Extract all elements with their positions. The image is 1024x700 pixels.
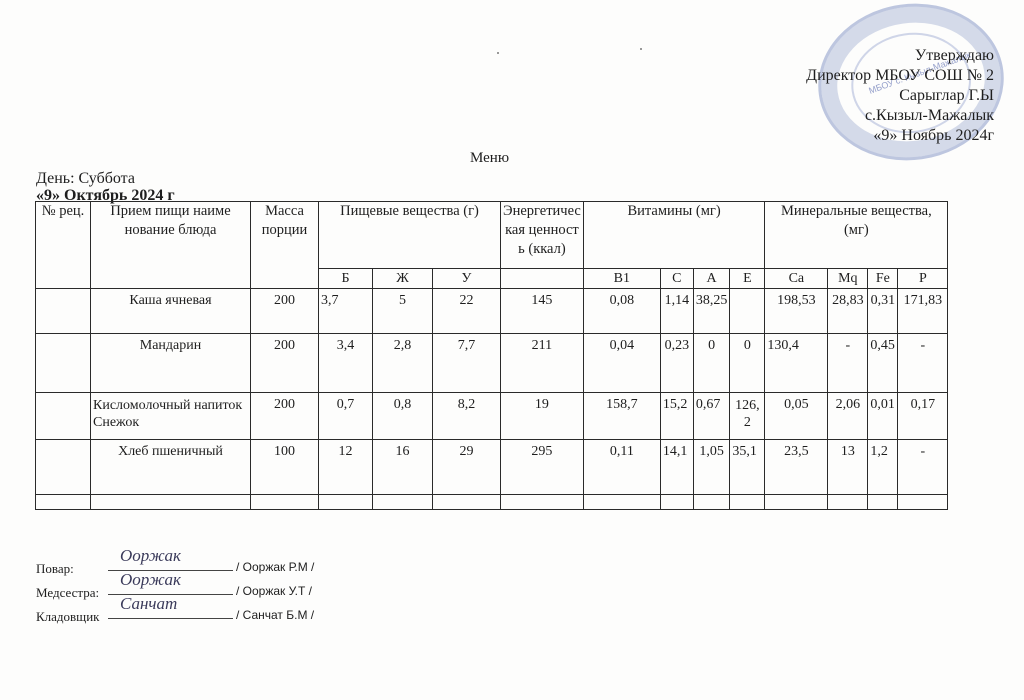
- table-row: Каша ячневая 200 3,7 5 22 145 0,08 1,14 …: [36, 289, 948, 334]
- cell-dish: Мандарин: [91, 334, 251, 393]
- cell-fe: 1,2: [868, 440, 898, 495]
- table-row: Кисломолочный напиток Снежок 200 0,7 0,8…: [36, 393, 948, 440]
- cell-p: 171,83: [898, 289, 948, 334]
- cell-c: 1,14: [660, 289, 693, 334]
- cell-mass: 200: [251, 289, 319, 334]
- cell-fe: 0,01: [868, 393, 898, 440]
- cell-mass: 200: [251, 334, 319, 393]
- header-recipe-no: № рец.: [36, 202, 91, 289]
- header-nutrients: Пищевые вещества (г): [319, 202, 501, 269]
- cell-e: 0: [730, 334, 765, 393]
- cell-energy: 19: [501, 393, 584, 440]
- cell-carbs: 22: [433, 289, 501, 334]
- cell-mass: 200: [251, 393, 319, 440]
- signature-name-cook: / Ооржак Р.М /: [236, 560, 314, 574]
- cell-a: 0: [693, 334, 730, 393]
- subheader-fe: Fe: [868, 269, 898, 289]
- cell-fe: 0,31: [868, 289, 898, 334]
- cell-e: 126,2: [730, 393, 765, 440]
- cell-b1: 0,11: [583, 440, 660, 495]
- cell-fat: 0,8: [373, 393, 433, 440]
- cell-mg: -: [828, 334, 868, 393]
- cell-recipe: [36, 393, 91, 440]
- cell-ca: 130,4: [765, 334, 828, 393]
- subheader-fat: Ж: [373, 269, 433, 289]
- signature-role-nurse: Медсестра:: [36, 585, 99, 601]
- cell-fat: 2,8: [373, 334, 433, 393]
- cell-b1: 0,08: [583, 289, 660, 334]
- cell-a: 1,05: [693, 440, 730, 495]
- cell-energy: 295: [501, 440, 584, 495]
- approval-line-village: с.Кызыл-Мажалык: [806, 106, 994, 126]
- cell-energy: 145: [501, 289, 584, 334]
- day-label: День: Суббота: [36, 170, 135, 188]
- cell-recipe: [36, 334, 91, 393]
- cell-dish: Хлеб пшеничный: [91, 440, 251, 495]
- subheader-protein: Б: [319, 269, 373, 289]
- menu-table: № рец. Прием пищи наиме нование блюда Ма…: [35, 201, 948, 510]
- approval-line-approve: Утверждаю: [806, 46, 994, 66]
- cell-recipe: [36, 289, 91, 334]
- cell-mass: 100: [251, 440, 319, 495]
- subheader-mg: Mq: [828, 269, 868, 289]
- cell-dish: Каша ячневая: [91, 289, 251, 334]
- approval-line-name: Сарыглар Г.Ы: [806, 86, 994, 106]
- table-row-empty: [36, 495, 948, 510]
- cell-protein: 0,7: [319, 393, 373, 440]
- cell-b1: 0,04: [583, 334, 660, 393]
- subheader-p: P: [898, 269, 948, 289]
- table-row: Мандарин 200 3,4 2,8 7,7 211 0,04 0,23 0…: [36, 334, 948, 393]
- signature-cook: Ооржак: [120, 546, 181, 566]
- signature-nurse: Ооржак: [120, 570, 181, 590]
- cell-b1: 158,7: [583, 393, 660, 440]
- cell-fe: 0,45: [868, 334, 898, 393]
- cell-energy: 211: [501, 334, 584, 393]
- signature-storekeeper: Санчат: [120, 594, 177, 614]
- approval-block: Утверждаю Директор МБОУ СОШ № 2 Сарыглар…: [806, 46, 994, 146]
- cell-c: 14,1: [660, 440, 693, 495]
- cell-c: 0,23: [660, 334, 693, 393]
- cell-protein: 3,4: [319, 334, 373, 393]
- cell-c: 15,2: [660, 393, 693, 440]
- cell-ca: 198,53: [765, 289, 828, 334]
- header-vitamins: Витамины (мг): [583, 202, 765, 269]
- subheader-a: A: [693, 269, 730, 289]
- scan-speck: [640, 48, 642, 50]
- cell-carbs: 29: [433, 440, 501, 495]
- cell-dish: Кисломолочный напиток Снежок: [91, 393, 251, 440]
- header-mass: Масса порции: [251, 202, 319, 289]
- approval-line-date: «9» Ноябрь 2024г: [806, 126, 994, 146]
- subheader-c: C: [660, 269, 693, 289]
- header-energy: Энергетичес кая ценност ь (ккал): [501, 202, 584, 269]
- cell-mg: 28,83: [828, 289, 868, 334]
- cell-p: -: [898, 440, 948, 495]
- cell-p: 0,17: [898, 393, 948, 440]
- subheader-e: E: [730, 269, 765, 289]
- cell-mg: 2,06: [828, 393, 868, 440]
- cell-protein: 12: [319, 440, 373, 495]
- cell-e: 35,1: [730, 440, 765, 495]
- signature-name-storekeeper: / Санчат Б.М /: [236, 608, 314, 622]
- cell-mg: 13: [828, 440, 868, 495]
- cell-ca: 23,5: [765, 440, 828, 495]
- header-dish: Прием пищи наиме нование блюда: [91, 202, 251, 289]
- scan-speck: [497, 52, 499, 54]
- cell-protein: 3,7: [319, 289, 373, 334]
- cell-p: -: [898, 334, 948, 393]
- cell-carbs: 7,7: [433, 334, 501, 393]
- cell-ca: 0,05: [765, 393, 828, 440]
- cell-a: 0,67: [693, 393, 730, 440]
- table-row: Хлеб пшеничный 100 12 16 29 295 0,11 14,…: [36, 440, 948, 495]
- cell-fat: 5: [373, 289, 433, 334]
- subheader-b1: B1: [583, 269, 660, 289]
- signature-name-nurse: / Ооржак У.Т /: [236, 584, 312, 598]
- subheader-ca: Ca: [765, 269, 828, 289]
- cell-carbs: 8,2: [433, 393, 501, 440]
- header-minerals: Минеральные вещества, (мг): [765, 202, 948, 269]
- approval-line-director: Директор МБОУ СОШ № 2: [806, 66, 994, 86]
- signature-role-storekeeper: Кладовщик: [36, 609, 99, 625]
- cell-recipe: [36, 440, 91, 495]
- subheader-energy-blank: [501, 269, 584, 289]
- subheader-carbs: У: [433, 269, 501, 289]
- document-title: Меню: [470, 150, 509, 167]
- cell-fat: 16: [373, 440, 433, 495]
- signature-role-cook: Повар:: [36, 561, 74, 577]
- cell-e: [730, 289, 765, 334]
- cell-a: 38,25: [693, 289, 730, 334]
